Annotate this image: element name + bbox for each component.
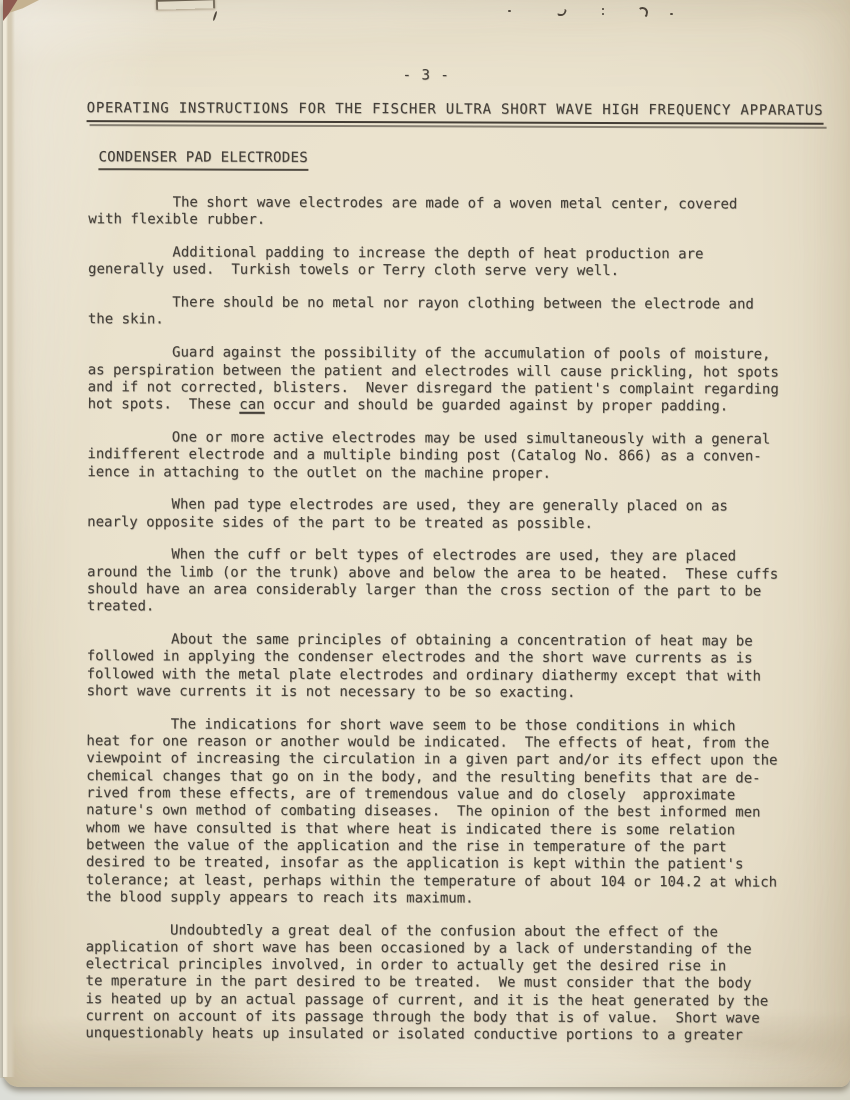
- scanned-document: - 3 - OPERATING INSTRUCTIONS FOR THE FIS…: [0, 0, 850, 1100]
- section-heading-text: CONDENSER PAD ELECTRODES: [98, 149, 308, 171]
- body-text: The short wave electrodes are made of a …: [85, 194, 804, 1061]
- paragraph-5: One or more active electrodes may be use…: [87, 429, 803, 483]
- paragraph-2: Additional padding to increase the depth…: [88, 244, 804, 281]
- paragraph-10: Undoubtedly a great deal of the confusio…: [85, 922, 801, 1046]
- paragraph-4-tail: occur and should be guarded against by p…: [265, 397, 729, 415]
- paragraph-1: The short wave electrodes are made of a …: [88, 194, 804, 231]
- document-page: - 3 - OPERATING INSTRUCTIONS FOR THE FIS…: [3, 0, 850, 1087]
- document-title: OPERATING INSTRUCTIONS FOR THE FISCHER U…: [87, 100, 824, 125]
- typewritten-content: - 3 - OPERATING INSTRUCTIONS FOR THE FIS…: [0, 0, 850, 1090]
- paragraph-9: The indications for short wave seem to b…: [86, 716, 803, 909]
- paragraph-3: There should be no metal nor rayon cloth…: [88, 294, 804, 331]
- paragraph-8: About the same principles of obtaining a…: [87, 631, 803, 703]
- paragraph-4: Guard against the possibility of the acc…: [88, 344, 804, 416]
- document-title-text: OPERATING INSTRUCTIONS FOR THE FISCHER U…: [87, 100, 824, 125]
- paragraph-4-underlined-word: can: [239, 397, 264, 413]
- section-heading: CONDENSER PAD ELECTRODES: [98, 149, 308, 171]
- paragraph-6: When pad type electrodes are used, they …: [87, 497, 803, 534]
- paragraph-7: When the cuff or belt types of electrode…: [87, 547, 803, 619]
- page-number: - 3 -: [3, 66, 850, 86]
